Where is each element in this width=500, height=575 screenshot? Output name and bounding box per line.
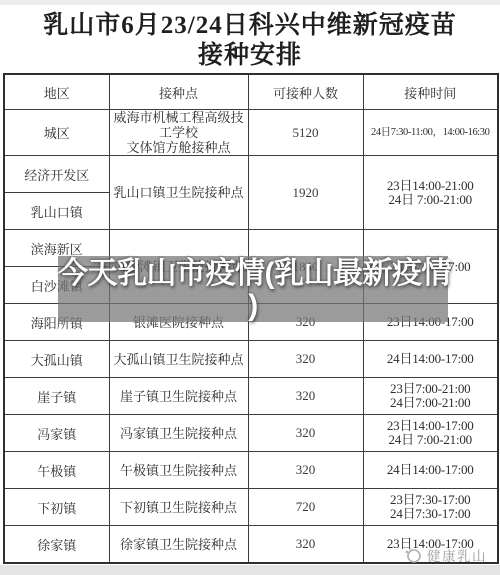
region-cell: 午极镇 (4, 452, 109, 489)
time-line: 23日14:00-17:00 (366, 419, 496, 433)
page-title: 乳山市6月23/24日科兴中维新冠疫苗 接种安排 (0, 11, 500, 71)
time-line: 23日7:30-17:00 (366, 493, 496, 507)
headline-overlay: 今天乳山市疫情(乳山最新疫情 ) (58, 256, 448, 322)
time-line: 24日 7:00-21:00 (366, 193, 496, 207)
table-row: 冯家镇 冯家镇卫生院接种点 320 23日14:00-17:00 24日 7:0… (4, 415, 498, 452)
table-row: 大孤山镇 大孤山镇卫生院接种点 320 24日14:00-17:00 (4, 341, 498, 378)
table-row: 午极镇 午极镇卫生院接种点 320 24日14:00-17:00 (4, 452, 498, 489)
time-cell: 24日14:00-17:00 (363, 452, 498, 489)
time-line: 23日14:00-21:00 (366, 179, 496, 193)
table-row: 下初镇 下初镇卫生院接种点 720 23日7:30-17:00 24日7:30-… (4, 489, 498, 526)
table-header-row: 地区 接种点 可接种人数 接种时间 (4, 74, 498, 110)
site-line: 威海市机械工程高级技工学校 (112, 110, 246, 140)
time-line: 24日14:00-17:00 (366, 352, 496, 366)
header-site: 接种点 (109, 74, 248, 110)
time-line: 24日7:00-21:00 (366, 396, 496, 410)
site-cell: 大孤山镇卫生院接种点 (109, 341, 248, 378)
time-cell: 23日14:00-21:00 24日 7:00-21:00 (363, 156, 498, 230)
headline-line2: ) (58, 290, 448, 322)
region-cell: 乳山口镇 (4, 193, 109, 230)
region-cell: 崖子镇 (4, 378, 109, 415)
time-line: 23日7:00-21:00 (366, 382, 496, 396)
brand-watermark-label: 健康乳山 (427, 545, 487, 565)
header-time: 接种时间 (363, 74, 498, 110)
table-row: 经济开发区 乳山口镇卫生院接种点 1920 23日14:00-21:00 24日… (4, 156, 498, 193)
page-title-line2: 接种安排 (0, 41, 500, 71)
top-edge-strip (0, 0, 500, 5)
header-capacity: 可接种人数 (248, 74, 363, 110)
time-cell: 23日7:00-21:00 24日7:00-21:00 (363, 378, 498, 415)
capacity-cell: 1920 (248, 156, 363, 230)
time-line: 24日7:30-17:00 (366, 507, 496, 521)
site-cell: 下初镇卫生院接种点 (109, 489, 248, 526)
capacity-cell: 320 (248, 415, 363, 452)
time-cell: 24日14:00-17:00 (363, 341, 498, 378)
capacity-cell: 720 (248, 489, 363, 526)
capacity-cell: 320 (248, 452, 363, 489)
brand-logo-icon (404, 546, 422, 564)
brand-watermark: 健康乳山 (404, 545, 487, 565)
region-cell: 下初镇 (4, 489, 109, 526)
site-cell: 崖子镇卫生院接种点 (109, 378, 248, 415)
site-cell: 乳山口镇卫生院接种点 (109, 156, 248, 230)
region-cell: 经济开发区 (4, 156, 109, 193)
capacity-cell: 320 (248, 526, 363, 564)
region-cell: 大孤山镇 (4, 341, 109, 378)
time-cell: 23日7:30-17:00 24日7:30-17:00 (363, 489, 498, 526)
time-line: 24日14:00-17:00 (366, 463, 496, 477)
table-row: 城区 威海市机械工程高级技工学校 文体馆方舱接种点 5120 24日7:30-1… (4, 110, 498, 156)
site-cell: 徐家镇卫生院接种点 (109, 526, 248, 564)
table-row: 崖子镇 崖子镇卫生院接种点 320 23日7:00-21:00 24日7:00-… (4, 378, 498, 415)
capacity-cell: 5120 (248, 110, 363, 156)
article-image: 乳山市6月23/24日科兴中维新冠疫苗 接种安排 地区 接种点 可接种人数 接种… (0, 0, 500, 575)
site-line: 文体馆方舱接种点 (112, 140, 246, 155)
capacity-cell: 320 (248, 378, 363, 415)
capacity-cell: 320 (248, 341, 363, 378)
time-line: 24日 7:00-21:00 (366, 433, 496, 447)
time-cell: 23日14:00-17:00 24日 7:00-21:00 (363, 415, 498, 452)
time-cell: 24日7:30-11:00，14:00-16:30 (363, 110, 498, 156)
site-cell: 冯家镇卫生院接种点 (109, 415, 248, 452)
region-cell: 徐家镇 (4, 526, 109, 564)
headline-line1: 今天乳山市疫情(乳山最新疫情 (58, 258, 448, 290)
region-cell: 城区 (4, 110, 109, 156)
region-cell: 冯家镇 (4, 415, 109, 452)
site-cell: 威海市机械工程高级技工学校 文体馆方舱接种点 (109, 110, 248, 156)
site-cell: 午极镇卫生院接种点 (109, 452, 248, 489)
page-title-line1: 乳山市6月23/24日科兴中维新冠疫苗 (0, 11, 500, 41)
bottom-edge-strip (0, 565, 500, 575)
header-region: 地区 (4, 74, 109, 110)
time-line: 24日7:30-11:00，14:00-16:30 (366, 126, 496, 140)
